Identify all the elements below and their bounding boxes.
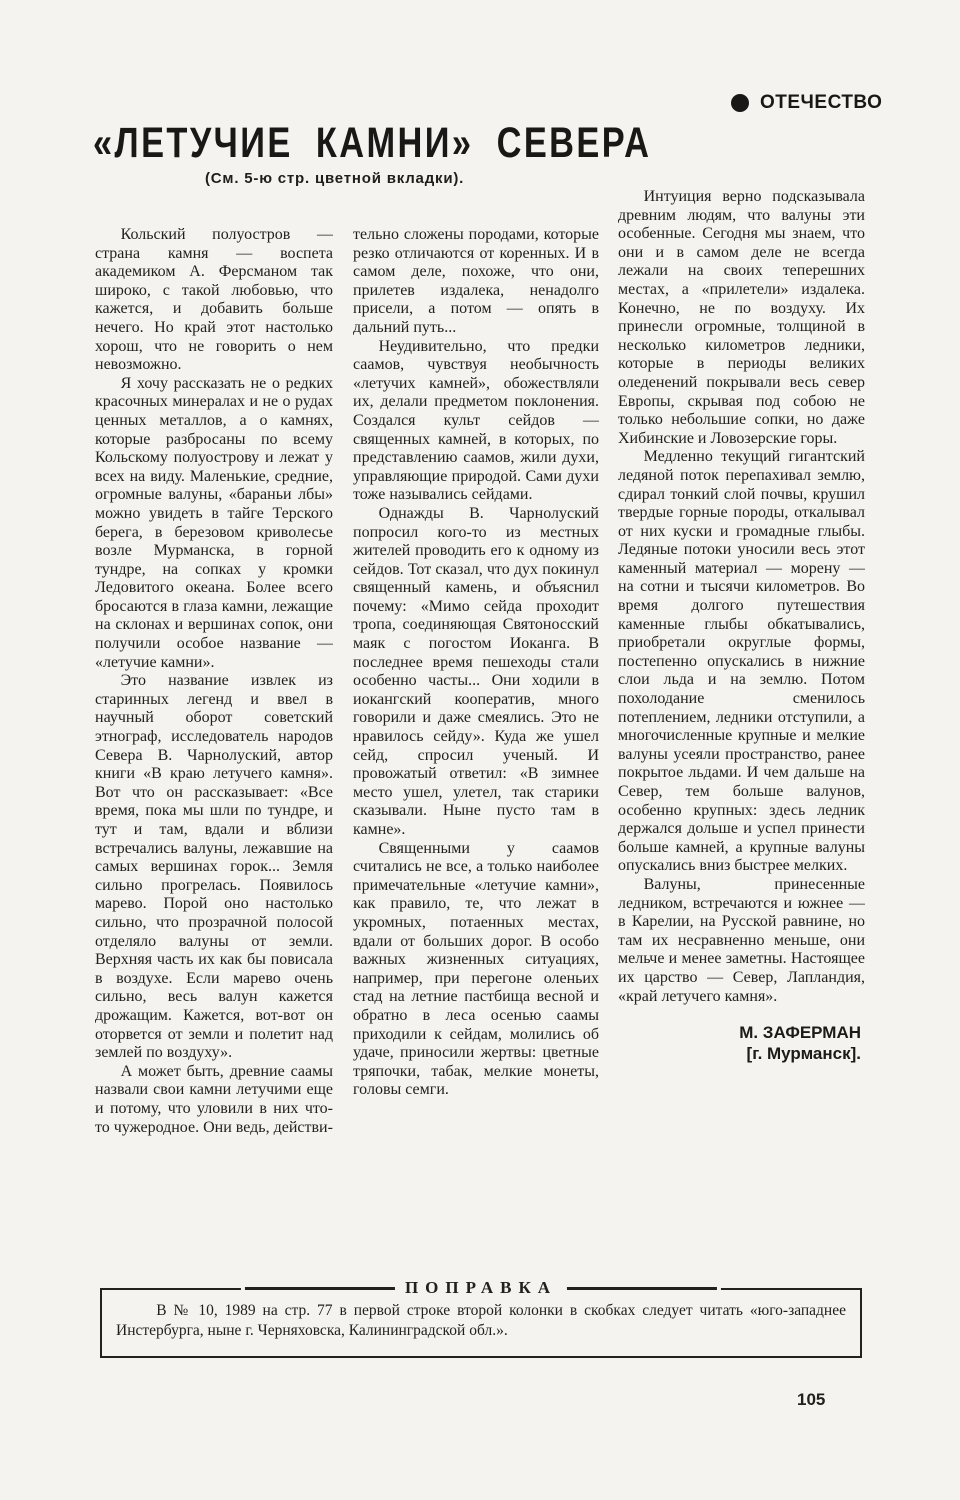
correction-title-row: ПОПРАВКА bbox=[241, 1278, 721, 1298]
page-title: «ЛЕТУЧИЕ КАМНИ» СЕВЕРА bbox=[93, 121, 651, 165]
paragraph: тельно сложены породами, которые резко о… bbox=[353, 226, 599, 338]
rubric: ОТЕЧЕСТВО bbox=[731, 92, 882, 114]
rule-right bbox=[567, 1287, 717, 1290]
article-column-2: тельно сложены породами, которые резко о… bbox=[353, 226, 599, 1218]
author-signature: М. ЗАФЕРМАН [г. Мурманск]. bbox=[618, 1022, 865, 1064]
paragraph: Валуны, принесенные ледником, встречаютс… bbox=[618, 876, 865, 1006]
paragraph: Однажды В. Чарнолуский попросил кого-то … bbox=[353, 505, 599, 840]
author-location: [г. Мурманск]. bbox=[618, 1043, 861, 1064]
bullet-icon bbox=[731, 94, 749, 112]
paragraph: Неудивительно, что предки саамов, чувств… bbox=[353, 338, 599, 505]
rule-left bbox=[245, 1287, 395, 1290]
correction-title: ПОПРАВКА bbox=[405, 1278, 557, 1298]
article-column-1: Кольский полуостров — страна камня — вос… bbox=[95, 226, 333, 1218]
rubric-label: ОТЕЧЕСТВО bbox=[760, 92, 882, 114]
correction-text: В № 10, 1989 на стр. 77 в первой строке … bbox=[116, 1301, 846, 1341]
paragraph: Интуиция верно подсказывала древним людя… bbox=[618, 188, 865, 448]
page-number: 105 bbox=[797, 1390, 825, 1410]
paragraph: Медленно текущий гигантский ледяной пото… bbox=[618, 448, 865, 876]
paragraph: Это название извлек из старинных легенд … bbox=[95, 672, 333, 1062]
article-column-3: Интуиция верно подсказывала древним людя… bbox=[618, 188, 865, 1224]
paragraph: А может быть, древние саамы назвали свои… bbox=[95, 1063, 333, 1137]
paragraph: Кольский полуостров — страна камня — вос… bbox=[95, 226, 333, 375]
paragraph: Я хочу рассказать не о редких красочных … bbox=[95, 375, 333, 673]
subtitle: (См. 5-ю стр. цветной вкладки). bbox=[205, 170, 464, 187]
magazine-page: «ЛЕТУЧИЕ КАМНИ» СЕВЕРА ОТЕЧЕСТВО (См. 5-… bbox=[0, 0, 960, 1500]
paragraph: Священными у саамов считались не все, а … bbox=[353, 840, 599, 1100]
correction-box: ПОПРАВКА В № 10, 1989 на стр. 77 в перво… bbox=[100, 1288, 862, 1358]
author-name: М. ЗАФЕРМАН bbox=[618, 1022, 861, 1043]
column-3-paragraphs: Интуиция верно подсказывала древним людя… bbox=[618, 188, 865, 1006]
